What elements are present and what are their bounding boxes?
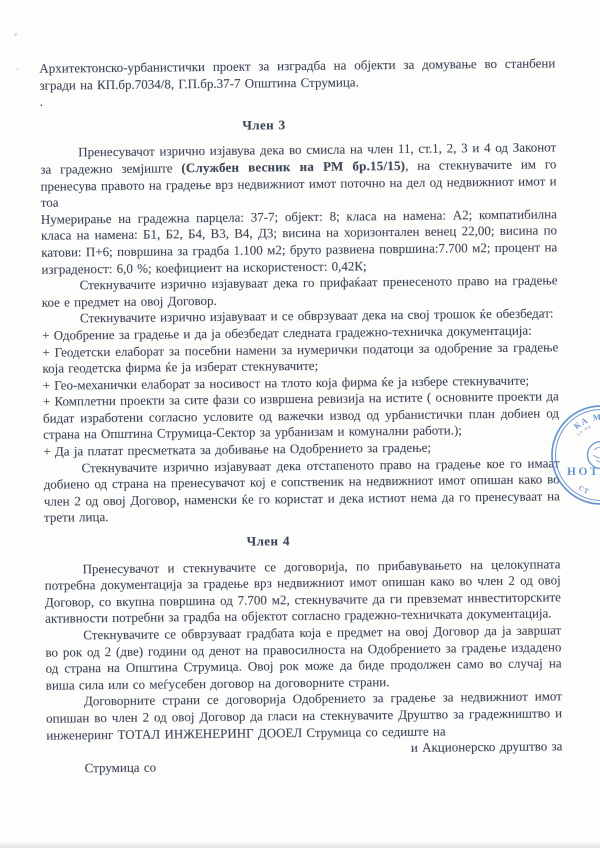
scan-edge-shadow: [0, 841, 600, 848]
notary-stamp-icon: КА М то на НОТАР СТ: [546, 400, 600, 510]
stamp-bottom-arc-text: СТ: [577, 484, 591, 496]
paragraph: Пренесувачот и стекнувачите се договориј…: [44, 556, 561, 628]
document-body: Архитектонско-урбанистички проект за изг…: [0, 0, 600, 777]
paragraph: Пренесувачот изрично изјавува дека во см…: [40, 140, 557, 212]
paragraph: Стекнувачите изрично изјавуваат дека го …: [41, 272, 557, 311]
stamp-emblem-icon: [593, 444, 600, 462]
svg-text:СТ: СТ: [577, 484, 591, 496]
paragraph: + Комплетни проекти за сите фази со извр…: [43, 389, 559, 444]
scan-speck: [14, 33, 17, 36]
bold-citation: (Службен весник на РМ бр.15/15): [181, 158, 405, 175]
paragraph: Договорните страни се договорија Одобрен…: [46, 689, 562, 744]
paragraph: Архитектонско-урбанистички проект за изг…: [39, 55, 555, 94]
article-heading: Член 3: [6, 114, 522, 136]
paragraph: Стекнувачите се обврзуваат градбата која…: [45, 622, 562, 694]
scan-speck: [15, 68, 19, 70]
article-heading: Член 4: [10, 531, 526, 553]
paragraph: Стекнувачите изрично изјавуваат дека отс…: [43, 455, 560, 527]
scanned-document-page: Архитектонско-урбанистички проект за изг…: [0, 0, 600, 848]
stamp-center-text: НОТАР: [567, 466, 600, 478]
paragraph: Нумерирање на градежна парцела: 37-7; об…: [41, 206, 558, 278]
paragraph: + Геодетски елаборат за посебни намени з…: [42, 339, 558, 378]
